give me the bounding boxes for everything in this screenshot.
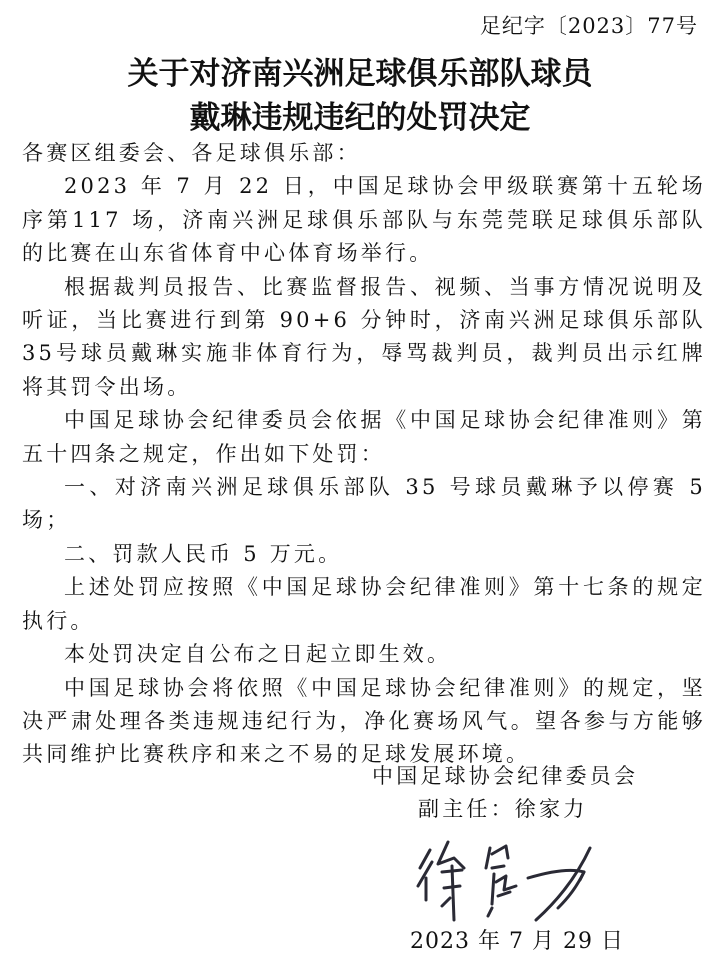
paragraph-execution: 上述处罚应按照《中国足球协会纪律准则》第十七条的规定执行。	[22, 571, 706, 638]
paragraph-basis: 中国足球协会纪律委员会依据《中国足球协会纪律准则》第五十四条之规定，作出如下处罚…	[22, 404, 706, 471]
handwritten-signature-icon	[408, 828, 608, 924]
salutation: 各赛区组委会、各足球俱乐部：	[22, 137, 706, 170]
document-title-line-1: 关于对济南兴洲足球俱乐部队球员	[0, 48, 720, 93]
paragraph-incident: 根据裁判员报告、比赛监督报告、视频、当事方情况说明及听证，当比赛进行到第 90+…	[22, 271, 706, 405]
penalty-item-2: 二、罚款人民币 5 万元。	[22, 538, 706, 571]
paragraph-effective: 本处罚决定自公布之日起立即生效。	[22, 638, 706, 671]
document-body: 各赛区组委会、各足球俱乐部： 2023 年 7 月 22 日，中国足球协会甲级联…	[22, 137, 706, 772]
document-number: 足纪字〔2023〕77号	[480, 10, 698, 40]
paragraph-match-info: 2023 年 7 月 22 日，中国足球协会甲级联赛第十五轮场序第117 场，济…	[22, 170, 706, 270]
penalty-item-1: 一、对济南兴洲足球俱乐部队 35 号球员戴琳予以停赛 5场；	[22, 471, 706, 538]
paragraph-closing: 中国足球协会将依照《中国足球协会纪律准则》的规定，坚决严肃处理各类违规违纪行为，…	[22, 672, 706, 772]
signing-date: 2023 年 7 月 29 日	[410, 924, 624, 955]
document-title-line-2: 戴琳违规违纪的处罚决定	[0, 92, 720, 137]
signer-title: 副主任：徐家力	[418, 793, 587, 823]
signing-organization: 中国足球协会纪律委员会	[372, 760, 638, 790]
